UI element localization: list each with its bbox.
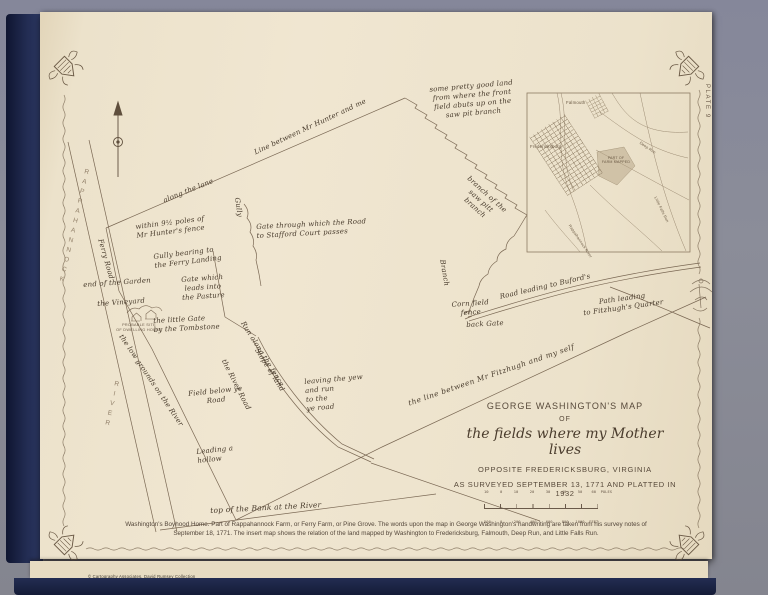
inset-label-fredericksburg: Fredericksburg (530, 144, 561, 149)
north-arrow (114, 102, 123, 177)
inset-label-falmouth: Falmouth (566, 100, 586, 105)
caption-line-2: September 18, 1771. The insert map shows… (95, 529, 677, 538)
plate-number: PLATE 9 (704, 84, 710, 119)
map-title-script: the fields where my Mother lives (452, 426, 678, 458)
inset-label-tract: PART OF FARM MAPPED (600, 156, 632, 165)
map-caption: Washington's Boyhood Home. Part of Rappa… (95, 520, 677, 539)
photo-backdrop: Falmouth Fredericksburg PART OF FARM MAP… (0, 0, 768, 595)
caption-line-1: Washington's Boyhood Home. Part of Rappa… (95, 520, 677, 529)
scale-bar-line (484, 504, 598, 509)
label-pasture-gate: Gate which leads into the Pasture (180, 273, 226, 303)
book-cover-bottom (14, 578, 716, 595)
label-leaving-yew: leaving the yew and run to the ye road (304, 373, 367, 414)
next-page-edge: © Cartography Associates, David Rumsey C… (30, 561, 708, 579)
scale-poles-row: 10 0 10 20 30 40 50 60 POLES (484, 489, 614, 494)
eagle-ornament (690, 279, 712, 311)
label-leading-hollow: Leading a hollow (196, 444, 235, 466)
map-subtitle-location: OPPOSITE FREDERICKSBURG, VIRGINIA (452, 465, 678, 474)
map-title-of: OF (452, 416, 678, 423)
label-tombstone-gate: the little Gate by the Tombstone (153, 314, 220, 336)
label-corn-field: Corn field fence (449, 298, 492, 319)
map-title: GEORGE WASHINGTON'S MAP (452, 401, 678, 411)
